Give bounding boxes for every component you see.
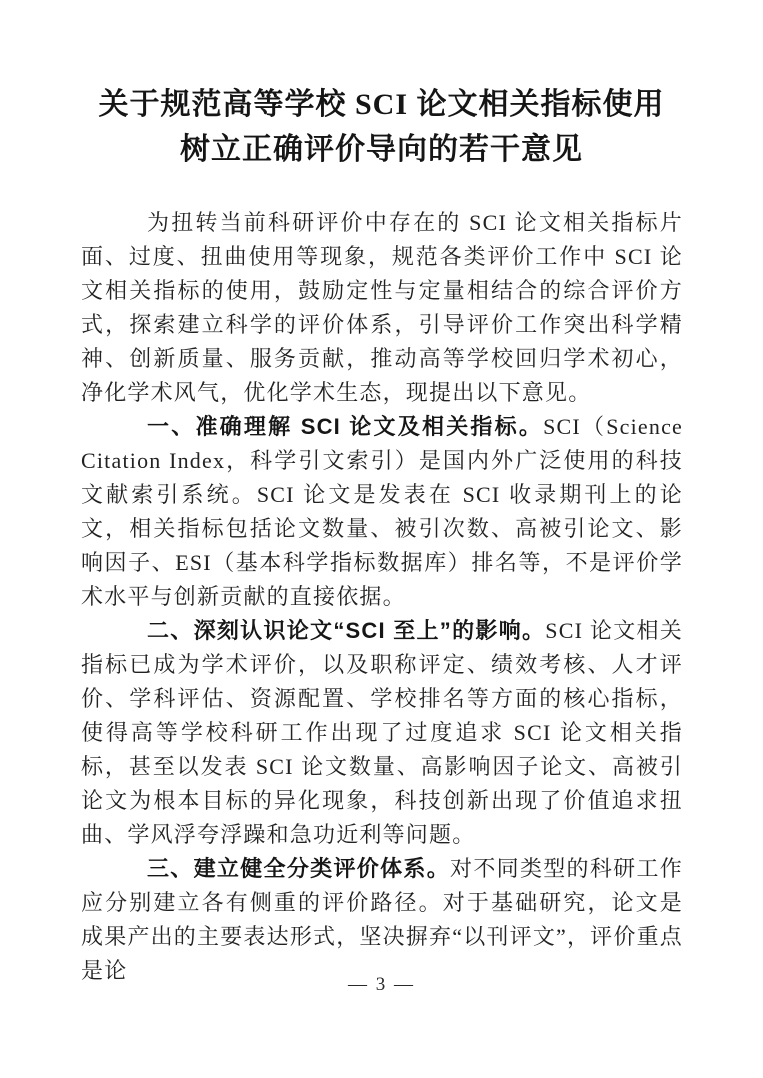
- document-title: 关于规范高等学校 SCI 论文相关指标使用 树立正确评价导向的若干意见: [0, 82, 763, 172]
- title-line-2: 树立正确评价导向的若干意见: [0, 127, 763, 172]
- paragraph-section-2: 二、深刻认识论文“SCI 至上”的影响。SCI 论文相关指标已成为学术评价，以及…: [81, 614, 683, 852]
- section-1-heading: 一、准确理解 SCI 论文及相关指标。: [147, 414, 543, 439]
- paragraph-intro: 为扭转当前科研评价中存在的 SCI 论文相关指标片面、过度、扭曲使用等现象，规范…: [81, 206, 683, 410]
- title-line-1: 关于规范高等学校 SCI 论文相关指标使用: [0, 82, 763, 127]
- document-page: 关于规范高等学校 SCI 论文相关指标使用 树立正确评价导向的若干意见 为扭转当…: [0, 0, 763, 1078]
- section-1-text: SCI（Science Citation Index，科学引文索引）是国内外广泛…: [81, 414, 683, 609]
- section-3-heading: 三、建立健全分类评价体系。: [147, 856, 450, 881]
- paragraph-text: 为扭转当前科研评价中存在的 SCI 论文相关指标片面、过度、扭曲使用等现象，规范…: [81, 210, 683, 405]
- paragraph-section-3: 三、建立健全分类评价体系。对不同类型的科研工作应分别建立各有侧重的评价路径。对于…: [81, 852, 683, 988]
- document-body: 为扭转当前科研评价中存在的 SCI 论文相关指标片面、过度、扭曲使用等现象，规范…: [81, 206, 683, 988]
- page-footer: — 3 —: [0, 974, 763, 996]
- page-number: — 3 —: [348, 974, 415, 995]
- paragraph-section-1: 一、准确理解 SCI 论文及相关指标。SCI（Science Citation …: [81, 410, 683, 614]
- section-2-heading: 二、深刻认识论文“SCI 至上”的影响。: [147, 618, 545, 643]
- section-2-text: SCI 论文相关指标已成为学术评价，以及职称评定、绩效考核、人才评价、学科评估、…: [81, 618, 683, 847]
